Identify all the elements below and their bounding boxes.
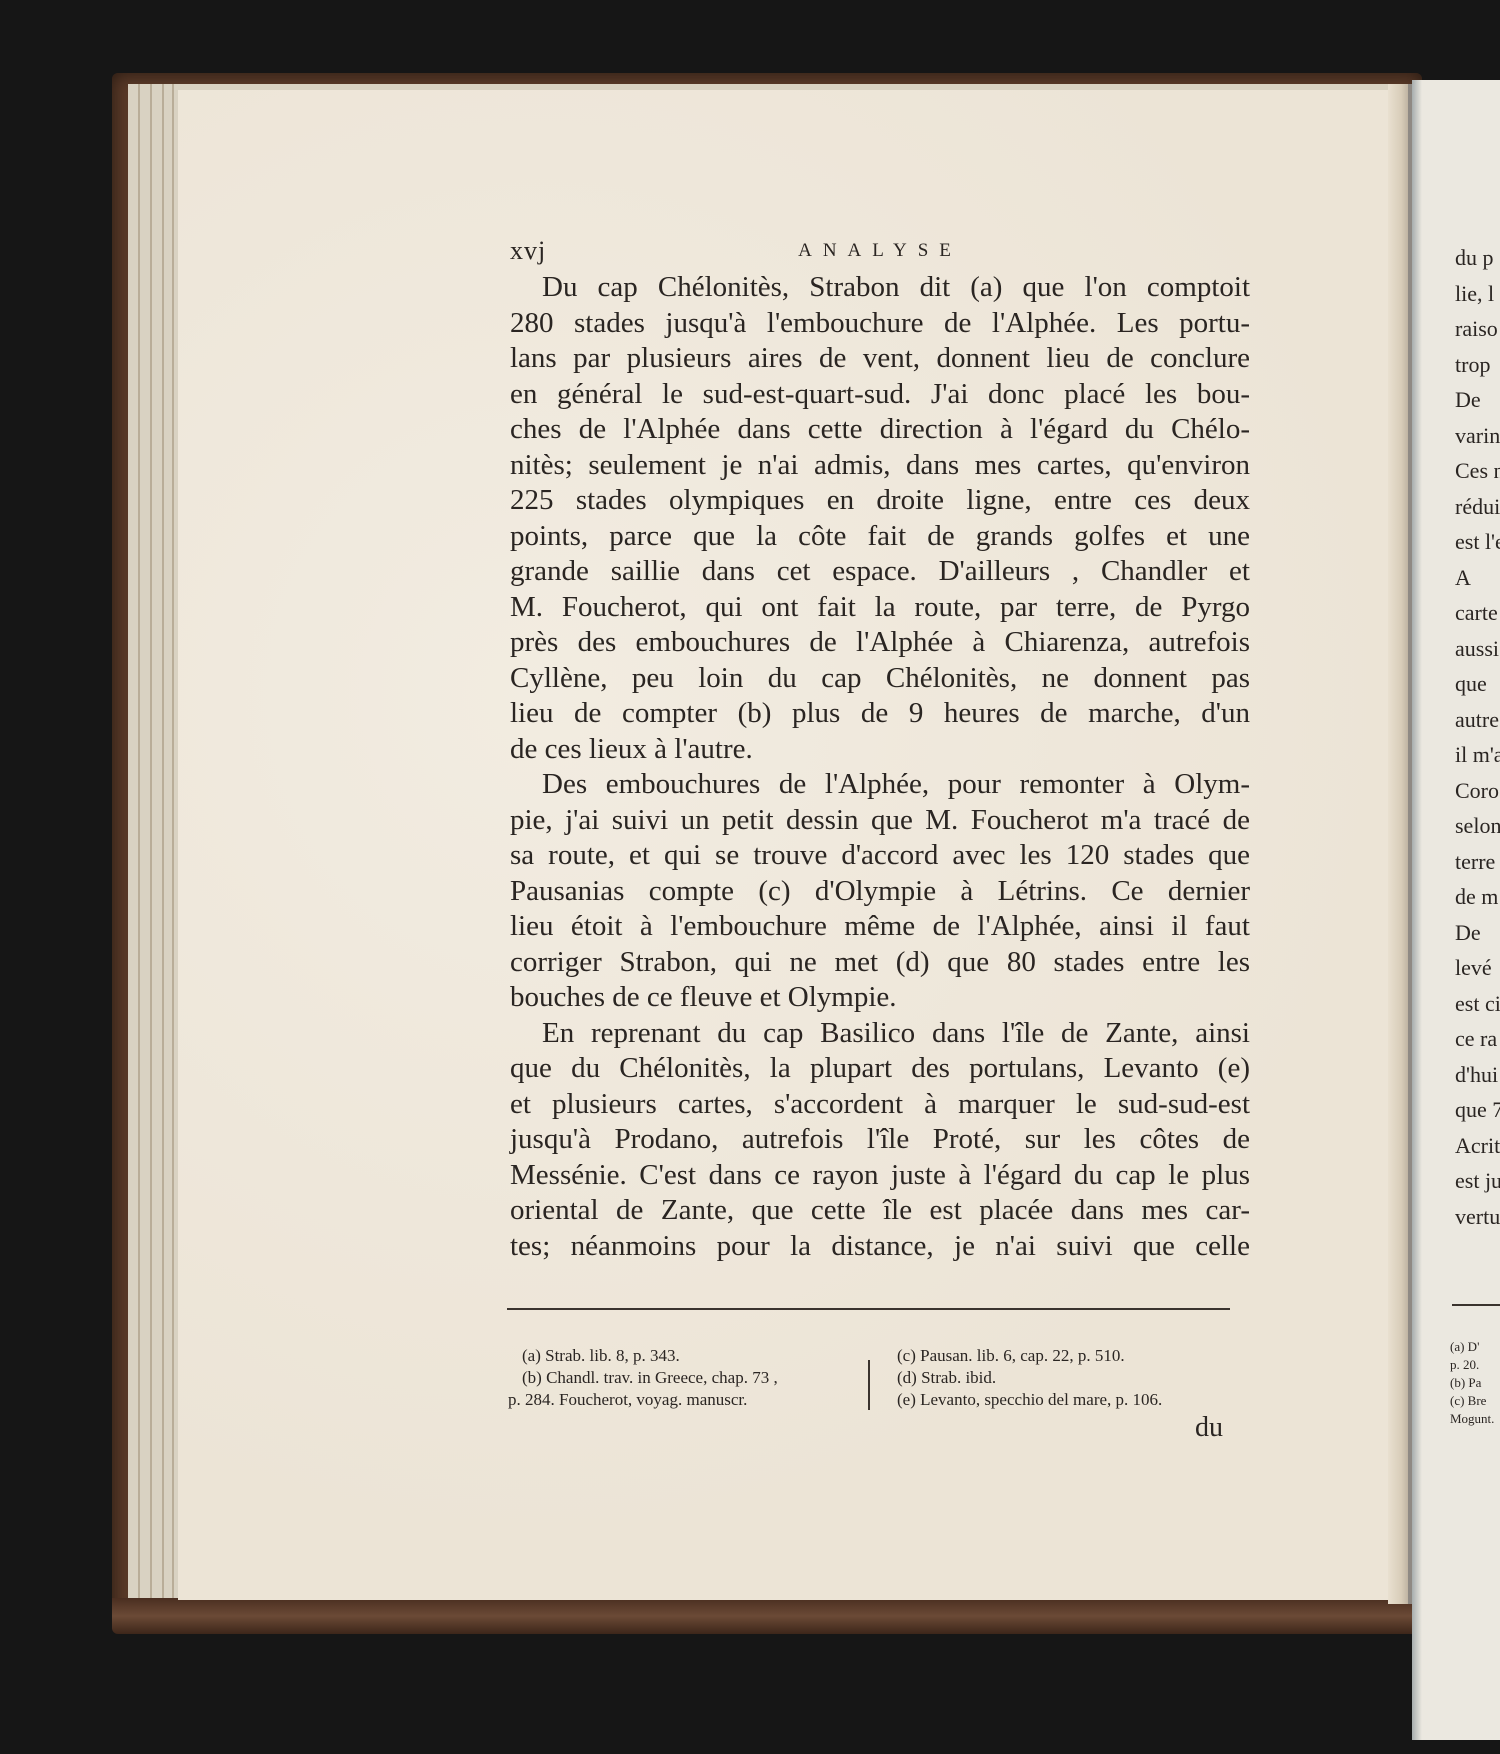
facing-text-line: De (1455, 382, 1500, 418)
spine (1408, 84, 1412, 1604)
facing-text-line: Mogunt. (1450, 1410, 1494, 1428)
text-line: pie, j'ai suivi un petit dessin que M. F… (510, 803, 1250, 839)
facing-text-line: de m (1455, 879, 1500, 915)
facing-text-line: est ci (1455, 986, 1500, 1022)
facing-text-line: que (1455, 666, 1500, 702)
text-line: grande saillie dans cet espace. D'ailleu… (510, 554, 1250, 590)
facing-text-line: est ju (1455, 1163, 1500, 1199)
text-line: ches de l'Alphée dans cette direction à … (510, 412, 1250, 448)
facing-text-line: aussi (1455, 631, 1500, 667)
facing-text-line: trop (1455, 347, 1500, 383)
page-edge (138, 84, 140, 1604)
text-line: bouches de ce fleuve et Olympie. (510, 980, 1250, 1016)
text-line: sa route, et qui se trouve d'accord avec… (510, 838, 1250, 874)
text-line: Pausanias compte (c) d'Olympie à Létrins… (510, 874, 1250, 910)
text-line: en général le sud-est-quart-sud. J'ai do… (510, 377, 1250, 413)
facing-text-line: Coro (1455, 773, 1500, 809)
footnotes-right: (c) Pausan. lib. 6, cap. 22, p. 510.(d) … (897, 1345, 1227, 1411)
facing-text-line: Acrita (1455, 1128, 1500, 1164)
facing-text-line: p. 20. (1450, 1356, 1494, 1374)
facing-page-text: du plie, lraisotrop DevarinCes nréduiest… (1455, 240, 1500, 1234)
text-line: (a) Strab. lib. 8, p. 343. (508, 1345, 873, 1367)
book-cover-bottom-edge (112, 1598, 1422, 1634)
facing-text-line: ce ra (1455, 1021, 1500, 1057)
facing-text-line: raiso (1455, 311, 1500, 347)
text-line: Du cap Chélonitès, Strabon dit (a) que l… (510, 270, 1250, 306)
facing-text-line: il m'a (1455, 737, 1500, 773)
text-line: de ces lieux à l'autre. (510, 732, 1250, 768)
facing-text-line: carte (1455, 595, 1500, 631)
gutter (1388, 84, 1410, 1604)
facing-text-line: autre (1455, 702, 1500, 738)
text-line: Messénie. C'est dans ce rayon juste à l'… (510, 1158, 1250, 1194)
text-line: nitès; seulement je n'ai admis, dans mes… (510, 448, 1250, 484)
text-line: que du Chélonitès, la plupart des portul… (510, 1051, 1250, 1087)
catchword: du (1195, 1412, 1223, 1444)
facing-page-footnotes: (a) D'p. 20.(b) Pa(c) BreMogunt. (1450, 1338, 1494, 1428)
text-line: jusqu'à Prodano, autrefois l'île Proté, … (510, 1122, 1250, 1158)
text-line: corriger Strabon, qui ne met (d) que 80 … (510, 945, 1250, 981)
facing-text-line: levé (1455, 950, 1500, 986)
facing-text-line: Ces n (1455, 453, 1500, 489)
facing-text-line: du p (1455, 240, 1500, 276)
text-line: oriental de Zante, que cette île est pla… (510, 1193, 1250, 1229)
running-title: ANALYSE (510, 240, 1250, 262)
text-line: tes; néanmoins pour la distance, je n'ai… (510, 1229, 1250, 1265)
text-line: (d) Strab. ibid. (897, 1367, 1227, 1389)
text-line: p. 284. Foucherot, voyag. manuscr. (508, 1389, 873, 1411)
facing-text-line: vertu (1455, 1199, 1500, 1235)
footnotes-left: (a) Strab. lib. 8, p. 343.(b) Chandl. tr… (508, 1345, 873, 1411)
facing-text-line: (a) D' (1450, 1338, 1494, 1356)
facing-text-line: terre (1455, 844, 1500, 880)
text-line: (b) Chandl. trav. in Greece, chap. 73 , (508, 1367, 873, 1389)
text-line: lieu de compter (b) plus de 9 heures de … (510, 696, 1250, 732)
text-line: 280 stades jusqu'à l'embouchure de l'Alp… (510, 306, 1250, 342)
page-edge (172, 84, 174, 1604)
facing-text-line: A (1455, 560, 1500, 596)
footnote-divider (868, 1360, 870, 1410)
text-line: 225 stades olympiques en droite ligne, e… (510, 483, 1250, 519)
text-line: lans par plusieurs aires de vent, donnen… (510, 341, 1250, 377)
text-line: et plusieurs cartes, s'accordent à marqu… (510, 1087, 1250, 1123)
facing-text-line: est l'e (1455, 524, 1500, 560)
facing-text-line: d'hui (1455, 1057, 1500, 1093)
text-line: près des embouchures de l'Alphée à Chiar… (510, 625, 1250, 661)
text-line: points, parce que la côte fait de grands… (510, 519, 1250, 555)
text-line: (e) Levanto, specchio del mare, p. 106. (897, 1389, 1227, 1411)
facing-text-line: que 7 (1455, 1092, 1500, 1128)
footnote-rule (507, 1308, 1230, 1310)
running-head: xvj ANALYSE (510, 236, 1250, 266)
facing-text-line: De (1455, 915, 1500, 951)
facing-text-line: rédui (1455, 489, 1500, 525)
text-line: M. Foucherot, qui ont fait la route, par… (510, 590, 1250, 626)
facing-text-line: selon (1455, 808, 1500, 844)
text-line: En reprenant du cap Basilico dans l'île … (510, 1016, 1250, 1052)
facing-text-line: lie, l (1455, 276, 1500, 312)
text-line: lieu étoit à l'embouchure même de l'Alph… (510, 909, 1250, 945)
text-line: (c) Pausan. lib. 6, cap. 22, p. 510. (897, 1345, 1227, 1367)
facing-text-line: varin (1455, 418, 1500, 454)
facing-text-line: (c) Bre (1450, 1392, 1494, 1410)
facing-text-line: (b) Pa (1450, 1374, 1494, 1392)
page-edge (162, 84, 164, 1604)
text-line: Des embouchures de l'Alphée, pour remont… (510, 767, 1250, 803)
facing-footnote-rule (1452, 1304, 1500, 1306)
text-line: Cyllène, peu loin du cap Chélonitès, ne … (510, 661, 1250, 697)
page-edge (150, 84, 152, 1604)
body-text: Du cap Chélonitès, Strabon dit (a) que l… (510, 270, 1250, 1264)
